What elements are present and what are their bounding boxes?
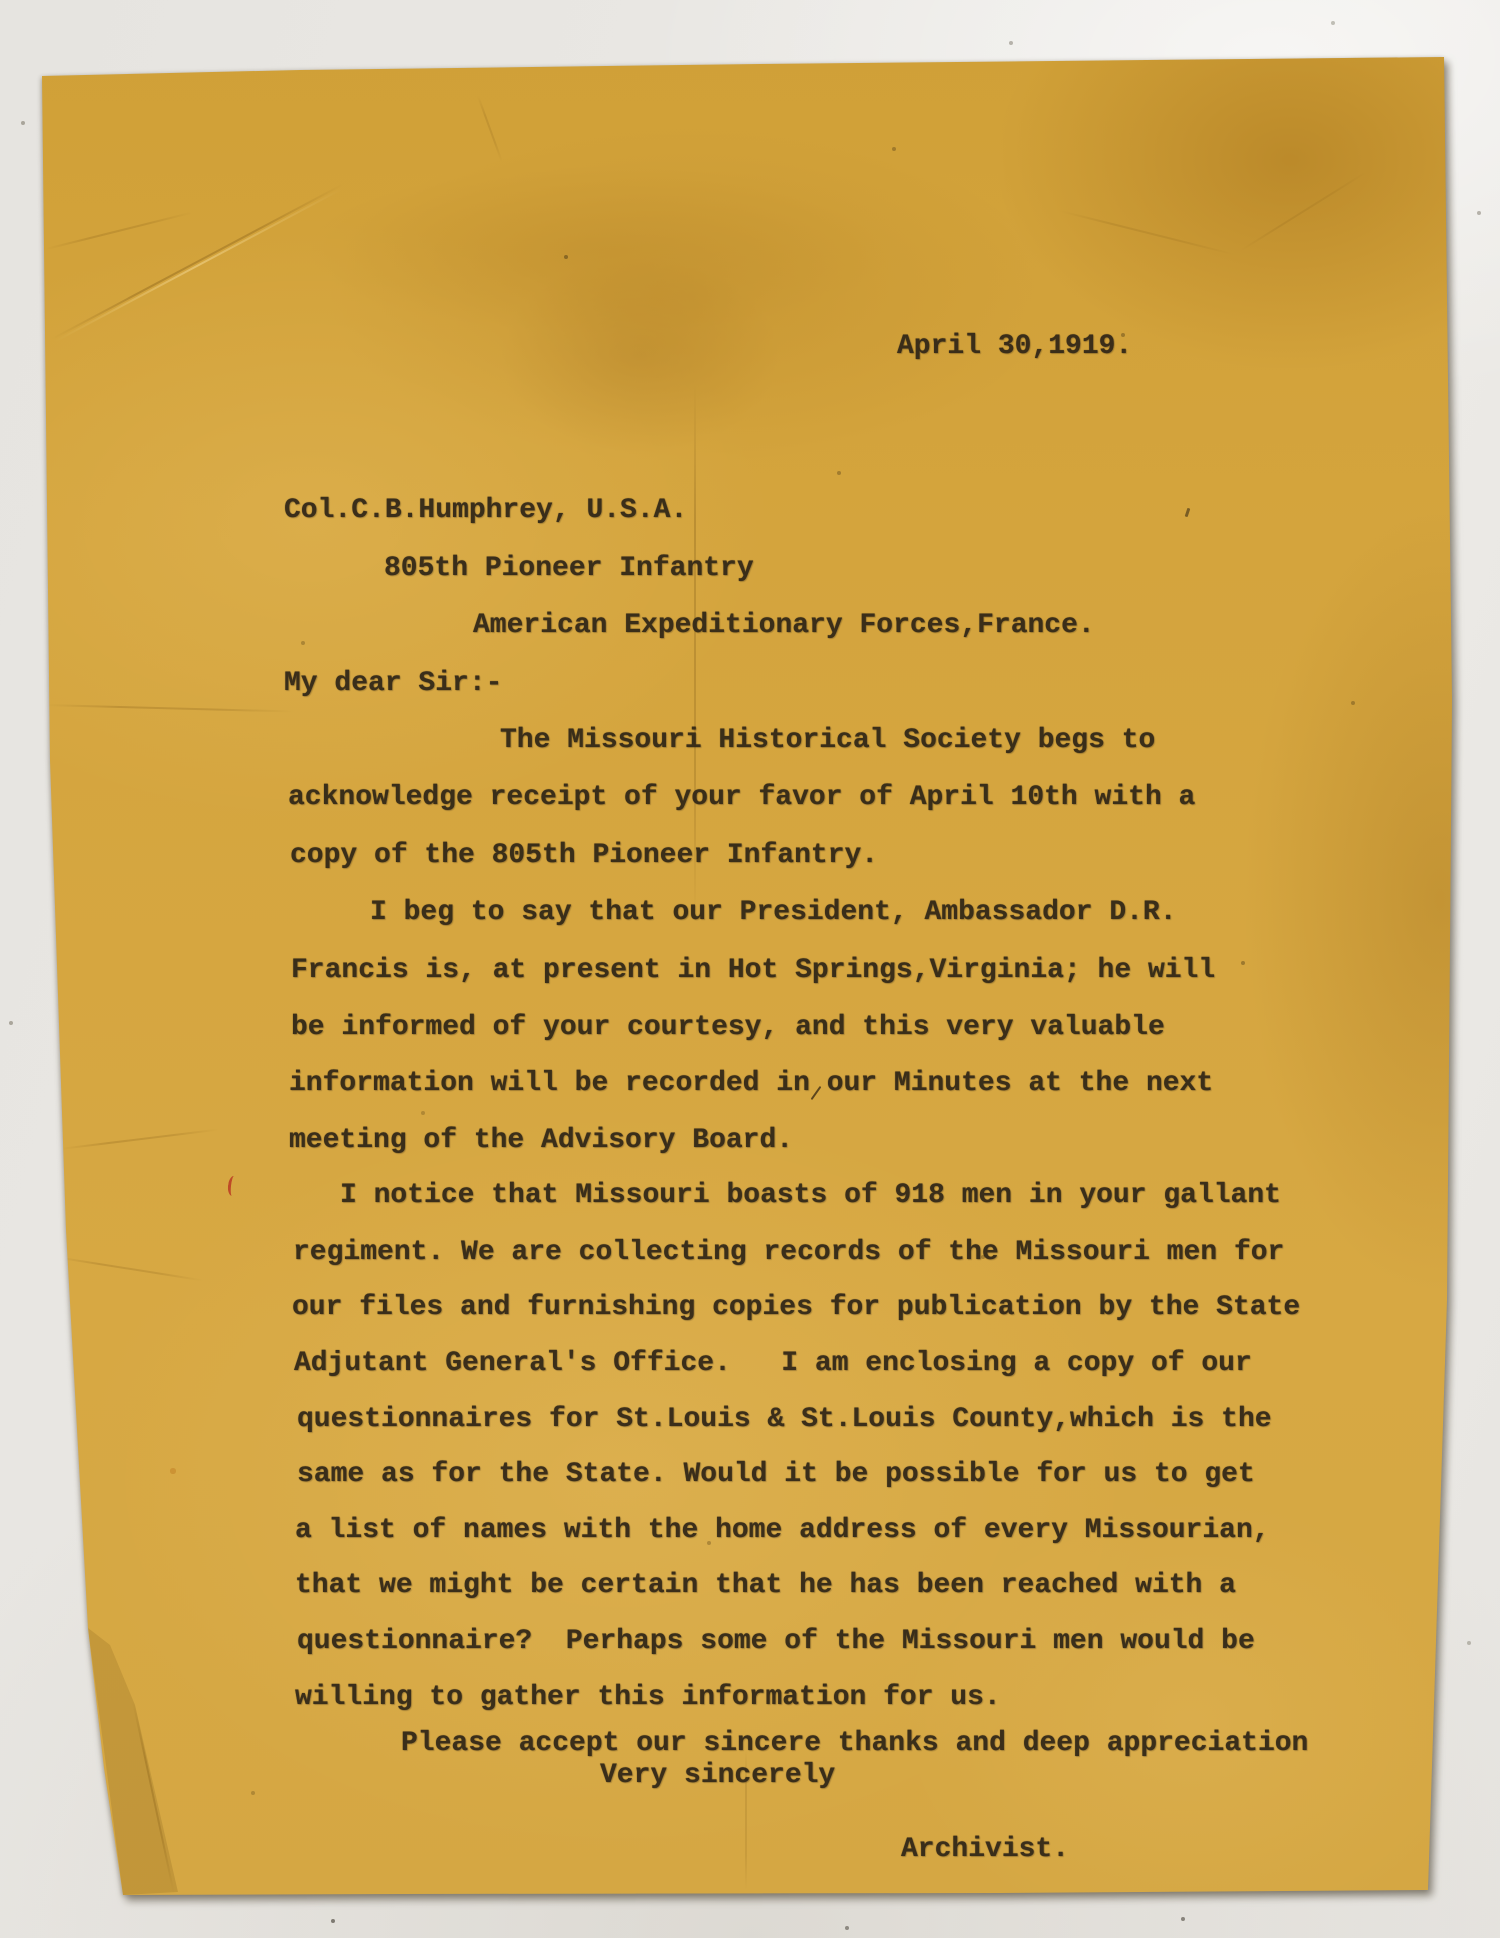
letter-line: I notice that Missouri boasts of 918 men…: [340, 1182, 1281, 1210]
letter-line: The Missouri Historical Society begs to: [500, 727, 1155, 755]
letter-line: that we might be certain that he has bee…: [295, 1572, 1236, 1600]
letter-line: be informed of your courtesy, and this v…: [291, 1014, 1165, 1042]
letter-line: questionnaires for St.Louis & St.Louis C…: [297, 1406, 1272, 1434]
scanned-letter-image: April 30,1919.Col.C.B.Humphrey, U.S.A.80…: [0, 0, 1500, 1938]
letter-line: My dear Sir:-: [284, 670, 502, 698]
letter-body: April 30,1919.Col.C.B.Humphrey, U.S.A.80…: [0, 0, 1500, 1938]
letter-line: regiment. We are collecting records of t…: [293, 1239, 1284, 1267]
letter-line: same as for the State. Would it be possi…: [297, 1461, 1255, 1489]
letter-line: meeting of the Advisory Board.: [289, 1127, 793, 1155]
letter-line: our files and furnishing copies for publ…: [292, 1294, 1300, 1322]
letter-line: Please accept our sincere thanks and dee…: [401, 1730, 1308, 1758]
letter-line: information will be recorded in our Minu…: [289, 1070, 1213, 1098]
letter-line: willing to gather this information for u…: [295, 1684, 1001, 1712]
letter-line: Very sincerely: [600, 1762, 835, 1790]
letter-line: Col.C.B.Humphrey, U.S.A.: [284, 497, 687, 525]
letter-line: questionnaire? Perhaps some of the Misso…: [297, 1628, 1255, 1656]
letter-line: Francis is, at present in Hot Springs,Vi…: [291, 957, 1215, 985]
letter-line: copy of the 805th Pioneer Infantry.: [290, 842, 878, 870]
letter-line: acknowledge receipt of your favor of Apr…: [288, 784, 1195, 812]
letter-line: I beg to say that our President, Ambassa…: [370, 899, 1177, 927]
letter-line: a list of names with the home address of…: [295, 1517, 1270, 1545]
letter-line: April 30,1919.: [897, 333, 1132, 361]
letter-line: American Expeditionary Forces,France.: [473, 612, 1095, 640]
letter-line: Archivist.: [901, 1836, 1069, 1864]
letter-line: Adjutant General's Office. I am enclosin…: [294, 1350, 1252, 1378]
letter-line: 805th Pioneer Infantry: [384, 555, 754, 583]
